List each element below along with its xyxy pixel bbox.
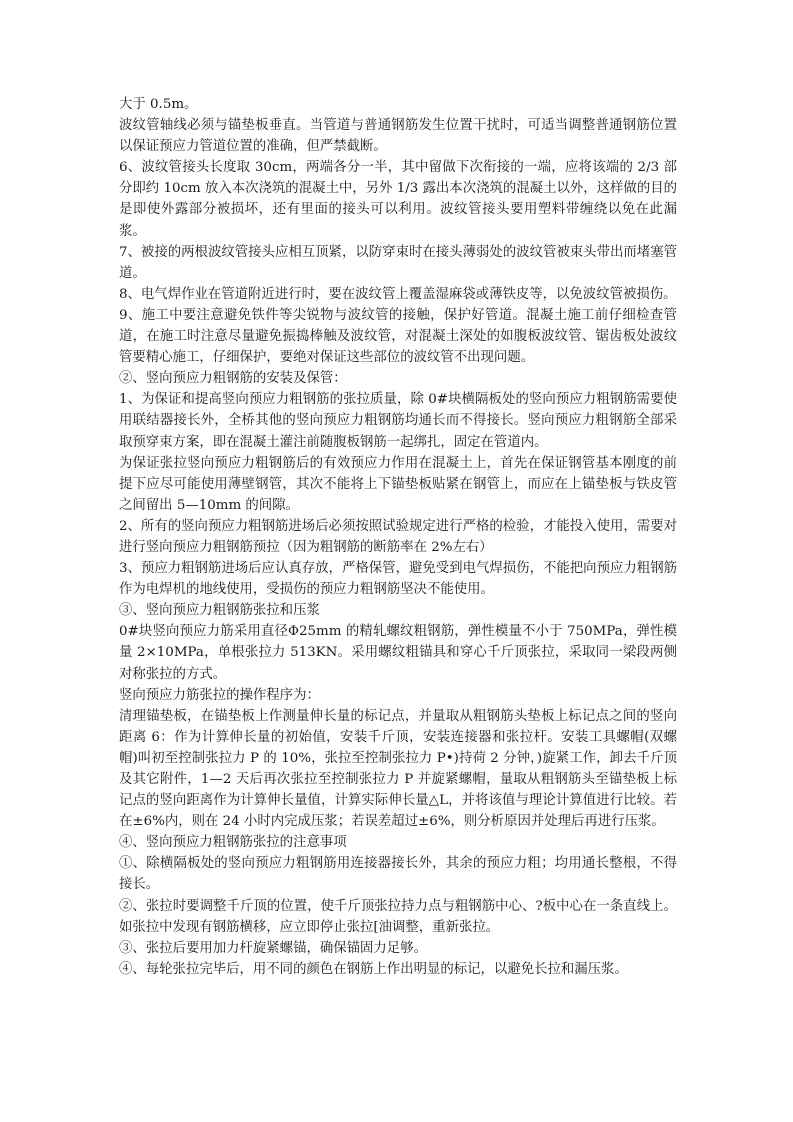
paragraph-item-8: 8、电气焊作业在管道附近进行时，要在波纹管上覆盖湿麻袋或薄铁皮等，以免波纹管被损… — [119, 284, 677, 305]
paragraph-item-9: 9、施工中要注意避免铁件等尖锐物与波纹管的接触，保护好管道。混凝土施工前仔细检查… — [119, 305, 677, 368]
paragraph-duct-alignment: 波纹管轴线必须与锚垫板垂直。当管道与普通钢筋发生位置干扰时，可适当调整普通钢筋位… — [119, 115, 677, 157]
section-heading-2: ②、竖向预应力粗钢筋的安装及保管： — [119, 368, 677, 389]
section-heading-3: ③、竖向预应力粗钢筋张拉和压浆 — [119, 600, 677, 621]
paragraph-note-4: ④、每轮张拉完毕后，用不同的颜色在钢筋上作出明显的标记，以避免长拉和漏压浆。 — [119, 959, 677, 980]
paragraph-item-6: 6、波纹管接头长度取 30cm，两端各分一半，其中留做下次衔接的一端，应将该端的… — [119, 157, 677, 241]
paragraph-continuation: 大于 0.5m。 — [119, 94, 677, 115]
paragraph-procedure: 清理锚垫板，在锚垫板上作测量伸长量的标记点，并量取从粗钢筋头垫板上标记点之间的竖… — [119, 706, 677, 833]
paragraph-item-3: 3、预应力粗钢筋进场后应认真存放，严格保管，避免受到电气焊损伤，不能把向预应力粗… — [119, 558, 677, 600]
paragraph-item-2: 2、所有的竖向预应力粗钢筋进场后必须按照试验规定进行严格的检验，才能投入使用，需… — [119, 516, 677, 558]
document-body: 大于 0.5m。 波纹管轴线必须与锚垫板垂直。当管道与普通钢筋发生位置干扰时，可… — [119, 94, 677, 980]
section-heading-4: ④、竖向预应力粗钢筋张拉的注意事项 — [119, 832, 677, 853]
paragraph-note-2: ②、张拉时要调整千斤顶的位置，使千斤顶张拉持力点与粗钢筋中心、?板中心在一条直线… — [119, 896, 677, 938]
paragraph-block-0-spec: 0#块竖向预应力筋采用直径Φ25mm 的精轧螺纹粗钢筋，弹性模量不小于 750M… — [119, 621, 677, 684]
paragraph-note-3: ③、张拉后要用加力杆旋紧螺锚，确保锚固力足够。 — [119, 938, 677, 959]
paragraph-note-1: ①、除横隔板处的竖向预应力粗钢筋用连接器接长外，其余的预应力粗；均用通长整根，不… — [119, 853, 677, 895]
paragraph-effective-prestress: 为保证张拉竖向预应力粗钢筋后的有效预应力作用在混凝土上，首先在保证钢管基本刚度的… — [119, 453, 677, 516]
paragraph-procedure-intro: 竖向预应力筋张拉的操作程序为： — [119, 685, 677, 706]
paragraph-item-1: 1、为保证和提高竖向预应力粗钢筋的张拉质量，除 0#块横隔板处的竖向预应力粗钢筋… — [119, 389, 677, 452]
paragraph-item-7: 7、被接的两根波纹管接头应相互顶紧，以防穿束时在接头薄弱处的波纹管被束头带出而堵… — [119, 242, 677, 284]
